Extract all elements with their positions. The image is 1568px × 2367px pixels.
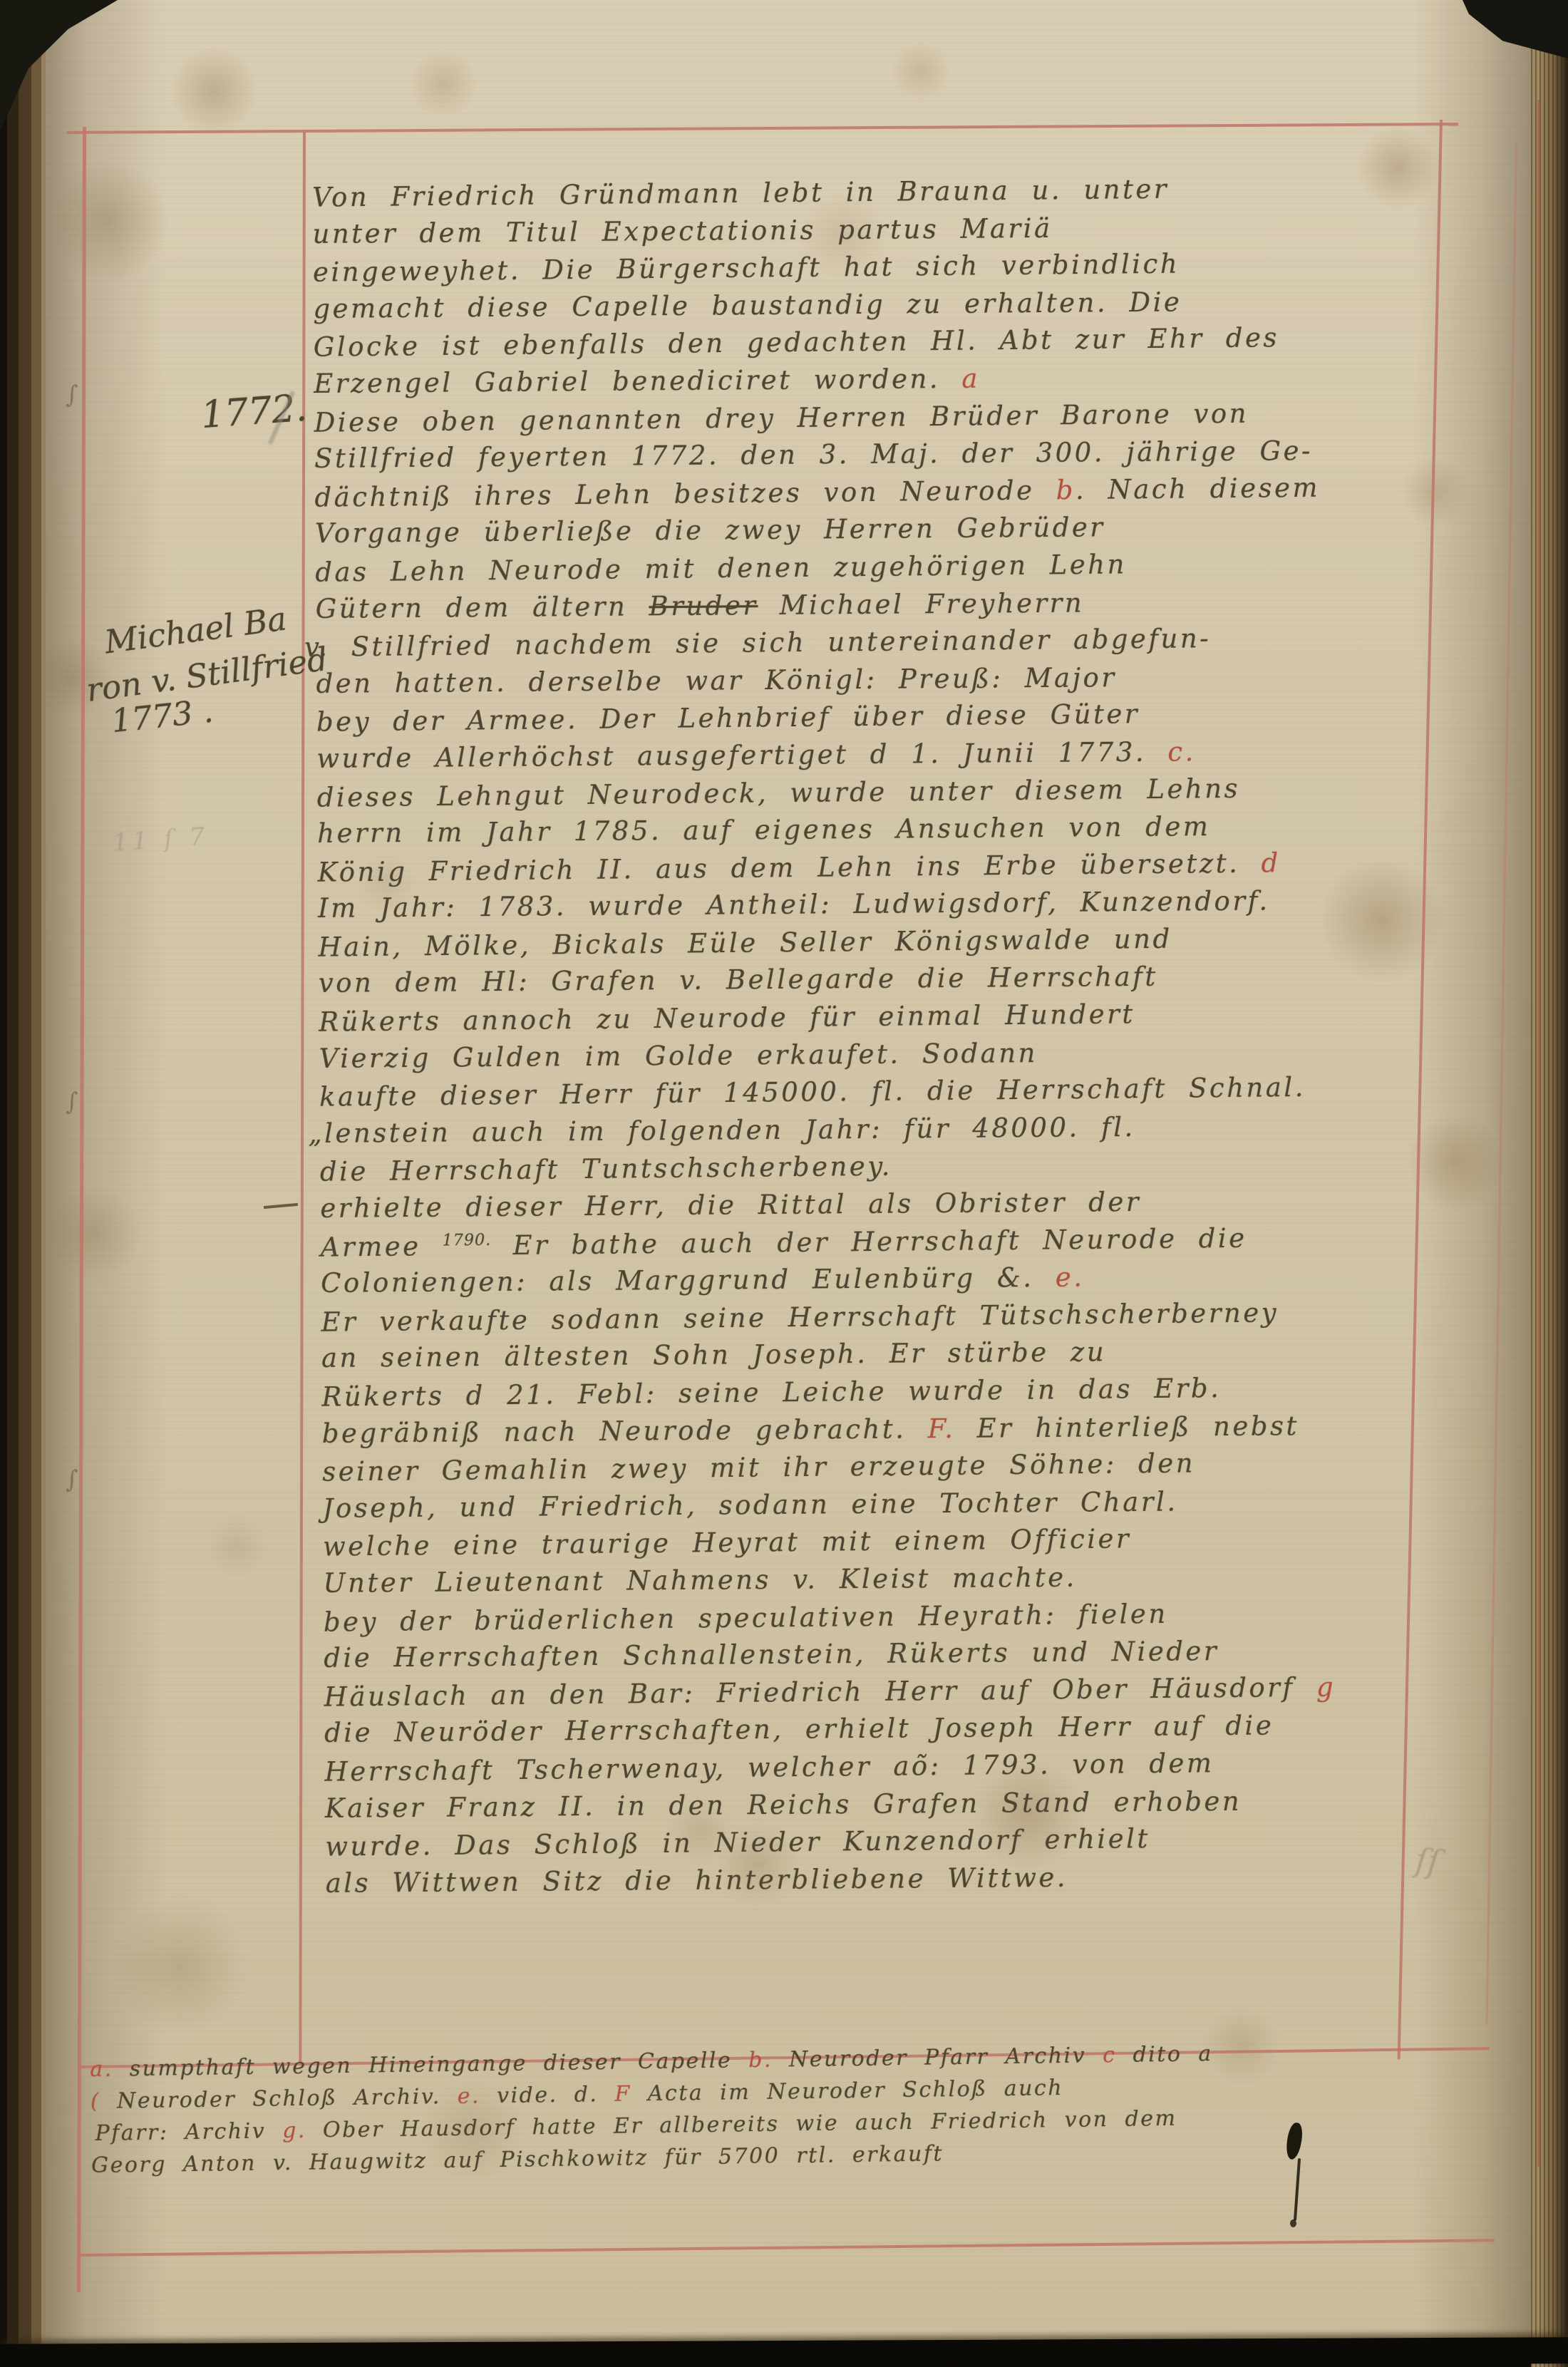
margin-ink-curl: ∫ <box>66 1088 78 1116</box>
handwritten-text-segment: als Wittwen Sitz die hinterbliebene Witt… <box>326 1862 1068 1898</box>
handwritten-text-segment: Gütern dem ältern <box>316 591 649 624</box>
book-binding-edge <box>0 0 46 2367</box>
red-ink-reference-letter: a <box>961 363 980 394</box>
red-ink-reference-letter: c <box>1103 2043 1117 2068</box>
red-ink-reference-letter: c. <box>1167 736 1196 767</box>
handwritten-text-segment: wurde Allerhöchst ausgefertiget d 1. Jun… <box>316 737 1167 774</box>
red-ink-reference-letter: F. <box>928 1413 956 1444</box>
handwritten-text-segment: dächtniß ihres Lehn besitzes von Neurode <box>314 475 1056 512</box>
red-ink-reference-letter: g <box>1316 1671 1336 1702</box>
handwritten-text-segment: Neuroder Schloß Archiv. <box>100 2084 458 2114</box>
handwritten-text-segment: die Herrschaft Tuntschscherbeney. <box>320 1151 892 1187</box>
handwritten-text-segment: Erzengel Gabriel benediciret worden. <box>314 363 961 399</box>
page-edge-red-stain <box>1537 100 1540 2167</box>
handwritten-text-segment: Kaiser Franz II. in den Reichs Grafen St… <box>325 1785 1242 1823</box>
handwritten-text-segment: erhielte dieser Herr, die Rittal als Obr… <box>320 1187 1141 1224</box>
red-ink-reference-letter: e. <box>1056 1262 1085 1293</box>
red-ink-reference-letter: b <box>1056 475 1076 505</box>
ink-drip-dot <box>1290 2219 1296 2227</box>
handwritten-text-segment: Acta im Neuroder Schloß auch <box>631 2075 1063 2106</box>
handwritten-text-segment: vide. d. <box>480 2082 615 2109</box>
red-ink-reference-letter: ( <box>91 2089 101 2114</box>
handwritten-text-segment: Armee <box>321 1231 443 1263</box>
handwritten-text-segment: Im Jahr: 1783. wurde Antheil: Ludwigsdor… <box>318 886 1270 924</box>
handwritten-text-segment: 1790. <box>443 1231 492 1250</box>
handwritten-text-segment: Vorgange überließe die zwey Herren Gebrü… <box>315 512 1105 550</box>
manuscript-scan: 1772. Michael Ba ron v. Stillfried 1773 … <box>0 0 1568 2367</box>
handwritten-text-segment: . Nach diesem <box>1076 472 1321 505</box>
handwritten-text-segment: die Herrschaften Schnallenstein, Rükerts… <box>324 1636 1219 1674</box>
handwritten-text-segment: Unter Lieutenant Nahmens v. Kleist macht… <box>323 1562 1077 1599</box>
handwritten-text-segment: die Neuröder Herrschaften, erhielt Josep… <box>324 1711 1274 1748</box>
handwritten-text-segment: Pfarr: Archiv <box>95 2118 282 2146</box>
red-ink-reference-letter: d <box>1261 847 1281 878</box>
handwritten-text-segment: gemacht diese Capelle baustandig zu erha… <box>313 287 1182 324</box>
red-ink-reference-letter: g. <box>282 2118 306 2143</box>
handwritten-text-segment: „lenstein auch im folgenden Jahr: für 48… <box>308 1112 1135 1149</box>
handwritten-text-segment: Von Friedrich Gründmann lebt in Brauna u… <box>312 174 1169 213</box>
margin-ink-curl: ∫ <box>66 381 78 409</box>
handwritten-text-segment: Bruder <box>649 590 758 622</box>
margin-ink-curl: ∫ <box>66 1465 78 1494</box>
handwritten-text-segment: Er hinterließ nebst <box>955 1411 1299 1444</box>
handwritten-text-segment: Coloniengen: als Marggrund Eulenbürg &. <box>321 1262 1056 1299</box>
handwritten-text-segment: unter dem Titul Expectationis partus Mar… <box>312 212 1052 249</box>
handwritten-text-segment: herrn im Jahr 1785. auf eigenes Ansuchen… <box>317 811 1211 849</box>
red-ink-reference-letter: a. <box>90 2057 113 2082</box>
handwritten-text-segment: begräbniß nach Neurode gebracht. <box>322 1413 928 1449</box>
red-ink-reference-letter: F <box>614 2081 631 2106</box>
red-ink-reference-letter: e. <box>458 2083 481 2108</box>
handwritten-text-segment: an seinen ältesten Sohn Joseph. Er stürb… <box>321 1337 1107 1374</box>
handwritten-text-segment: Vierzig Gulden im Golde erkaufet. Sodann <box>319 1038 1038 1074</box>
handwritten-text-segment: Joseph, und Friedrich, sodann eine Tocht… <box>322 1486 1177 1523</box>
page-block-edge <box>1531 0 1568 2367</box>
handwritten-text-segment: Michael Freyherrn <box>758 587 1084 621</box>
footnote-block: a. sumpthaft wegen Hineingange dieser Ca… <box>90 2037 1517 2185</box>
handwritten-text-segment: dito a <box>1116 2041 1213 2068</box>
red-ink-reference-letter: b. <box>748 2048 773 2073</box>
handwritten-text-segment: den hatten. derselbe war Königl: Preuß: … <box>316 662 1116 699</box>
handwritten-text-segment: Neuroder Pfarr Archiv <box>773 2043 1103 2072</box>
main-text-block: Von Friedrich Gründmann lebt in Brauna u… <box>312 172 1495 1905</box>
handwritten-text-segment: von dem Hl: Grafen v. Bellegarde die Her… <box>319 961 1158 999</box>
